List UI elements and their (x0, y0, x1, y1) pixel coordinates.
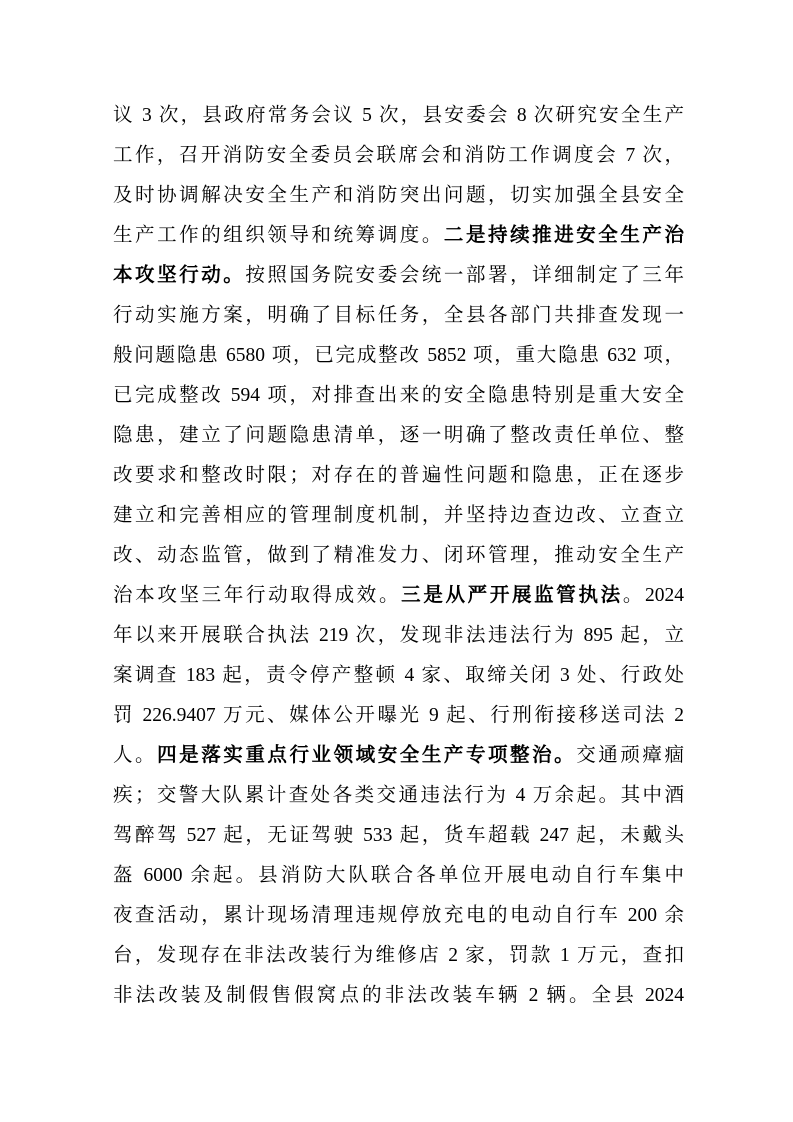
text-line: 夜查活动，累计现场清理违规停放充电的电动自行车 200 余 (113, 896, 684, 936)
text-line: 本攻坚行动。按照国务院安委会统一部署，详细制定了三年 (113, 256, 684, 296)
text-segment: 及时协调解决安全生产和消防突出问题，切实加强全县安全 (113, 185, 684, 206)
text-segment: 改、动态监管，做到了精准发力、闭环管理，推动安全生产 (113, 545, 684, 566)
document-body: 议 3 次，县政府常务会议 5 次，县安委会 8 次研究安全生产工作，召开消防安… (113, 96, 684, 1016)
text-segment: 般问题隐患 6580 项，已完成整改 5852 项，重大隐患 632 项， (113, 345, 684, 366)
text-line: 案调查 183 起，责令停产整顿 4 家、取缔关闭 3 处、行政处 (113, 656, 684, 696)
text-segment: 人。 (113, 745, 157, 766)
text-segment: 夜查活动，累计现场清理违规停放充电的电动自行车 200 余 (113, 905, 684, 926)
text-segment: 交通顽瘴痼 (576, 745, 684, 766)
text-line: 盔 6000 余起。县消防大队联合各单位开展电动自行车集中 (113, 856, 684, 896)
text-line: 及时协调解决安全生产和消防突出问题，切实加强全县安全 (113, 176, 684, 216)
text-segment: 已完成整改 594 项，对排查出来的安全隐患特别是重大安全 (113, 385, 684, 406)
text-line: 治本攻坚三年行动取得成效。三是从严开展监管执法。2024 (113, 576, 684, 616)
text-segment: 疾；交警大队累计查处各类交通违法行为 4 万余起。其中酒 (113, 785, 684, 806)
text-segment: 按照国务院安委会统一部署，详细制定了三年 (245, 265, 684, 286)
text-segment: 建立和完善相应的管理制度机制，并坚持边查边改、立查立 (113, 505, 684, 526)
text-line: 已完成整改 594 项，对排查出来的安全隐患特别是重大安全 (113, 376, 684, 416)
bold-text-segment: 二是持续推进安全生产治 (444, 225, 684, 246)
text-segment: 改要求和整改时限；对存在的普遍性问题和隐患，正在逐步 (113, 465, 684, 486)
document-page: 议 3 次，县政府常务会议 5 次，县安委会 8 次研究安全生产工作，召开消防安… (0, 0, 793, 1122)
text-segment: 。2024 (623, 585, 684, 606)
text-segment: 非法改装及制假售假窝点的非法改装车辆 2 辆。全县 2024 (113, 985, 684, 1006)
text-line: 非法改装及制假售假窝点的非法改装车辆 2 辆。全县 2024 (113, 976, 684, 1016)
text-segment: 隐患，建立了问题隐患清单，逐一明确了整改责任单位、整 (113, 425, 684, 446)
text-line: 议 3 次，县政府常务会议 5 次，县安委会 8 次研究安全生产 (113, 96, 684, 136)
text-line: 疾；交警大队累计查处各类交通违法行为 4 万余起。其中酒 (113, 776, 684, 816)
text-segment: 台，发现存在非法改装行为维修店 2 家，罚款 1 万元，查扣 (113, 945, 684, 966)
text-segment: 议 3 次，县政府常务会议 5 次，县安委会 8 次研究安全生产 (113, 105, 684, 126)
text-segment: 行动实施方案，明确了目标任务，全县各部门共排查发现一 (113, 305, 684, 326)
text-segment: 盔 6000 余起。县消防大队联合各单位开展电动自行车集中 (113, 865, 684, 886)
text-segment: 工作，召开消防安全委员会联席会和消防工作调度会 7 次， (113, 145, 684, 166)
text-line: 驾醉驾 527 起，无证驾驶 533 起，货车超载 247 起，未戴头 (113, 816, 684, 856)
text-line: 人。四是落实重点行业领域安全生产专项整治。交通顽瘴痼 (113, 736, 684, 776)
bold-text-segment: 四是落实重点行业领域安全生产专项整治。 (157, 745, 576, 766)
text-segment: 年以来开展联合执法 219 次，发现非法违法行为 895 起，立 (113, 625, 684, 646)
text-line: 改要求和整改时限；对存在的普遍性问题和隐患，正在逐步 (113, 456, 684, 496)
text-line: 年以来开展联合执法 219 次，发现非法违法行为 895 起，立 (113, 616, 684, 656)
text-segment: 罚 226.9407 万元、媒体公开曝光 9 起、行刑衔接移送司法 2 (113, 705, 684, 726)
text-segment: 治本攻坚三年行动取得成效。 (113, 585, 401, 606)
text-line: 行动实施方案，明确了目标任务，全县各部门共排查发现一 (113, 296, 684, 336)
text-line: 改、动态监管，做到了精准发力、闭环管理，推动安全生产 (113, 536, 684, 576)
text-segment: 生产工作的组织领导和统筹调度。 (113, 225, 444, 246)
text-segment: 驾醉驾 527 起，无证驾驶 533 起，货车超载 247 起，未戴头 (113, 825, 684, 846)
bold-text-segment: 本攻坚行动。 (113, 265, 245, 286)
text-line: 生产工作的组织领导和统筹调度。二是持续推进安全生产治 (113, 216, 684, 256)
bold-text-segment: 三是从严开展监管执法 (401, 585, 623, 606)
text-line: 隐患，建立了问题隐患清单，逐一明确了整改责任单位、整 (113, 416, 684, 456)
text-line: 罚 226.9407 万元、媒体公开曝光 9 起、行刑衔接移送司法 2 (113, 696, 684, 736)
text-line: 建立和完善相应的管理制度机制，并坚持边查边改、立查立 (113, 496, 684, 536)
text-segment: 案调查 183 起，责令停产整顿 4 家、取缔关闭 3 处、行政处 (113, 665, 684, 686)
text-line: 般问题隐患 6580 项，已完成整改 5852 项，重大隐患 632 项， (113, 336, 684, 376)
text-line: 台，发现存在非法改装行为维修店 2 家，罚款 1 万元，查扣 (113, 936, 684, 976)
text-line: 工作，召开消防安全委员会联席会和消防工作调度会 7 次， (113, 136, 684, 176)
